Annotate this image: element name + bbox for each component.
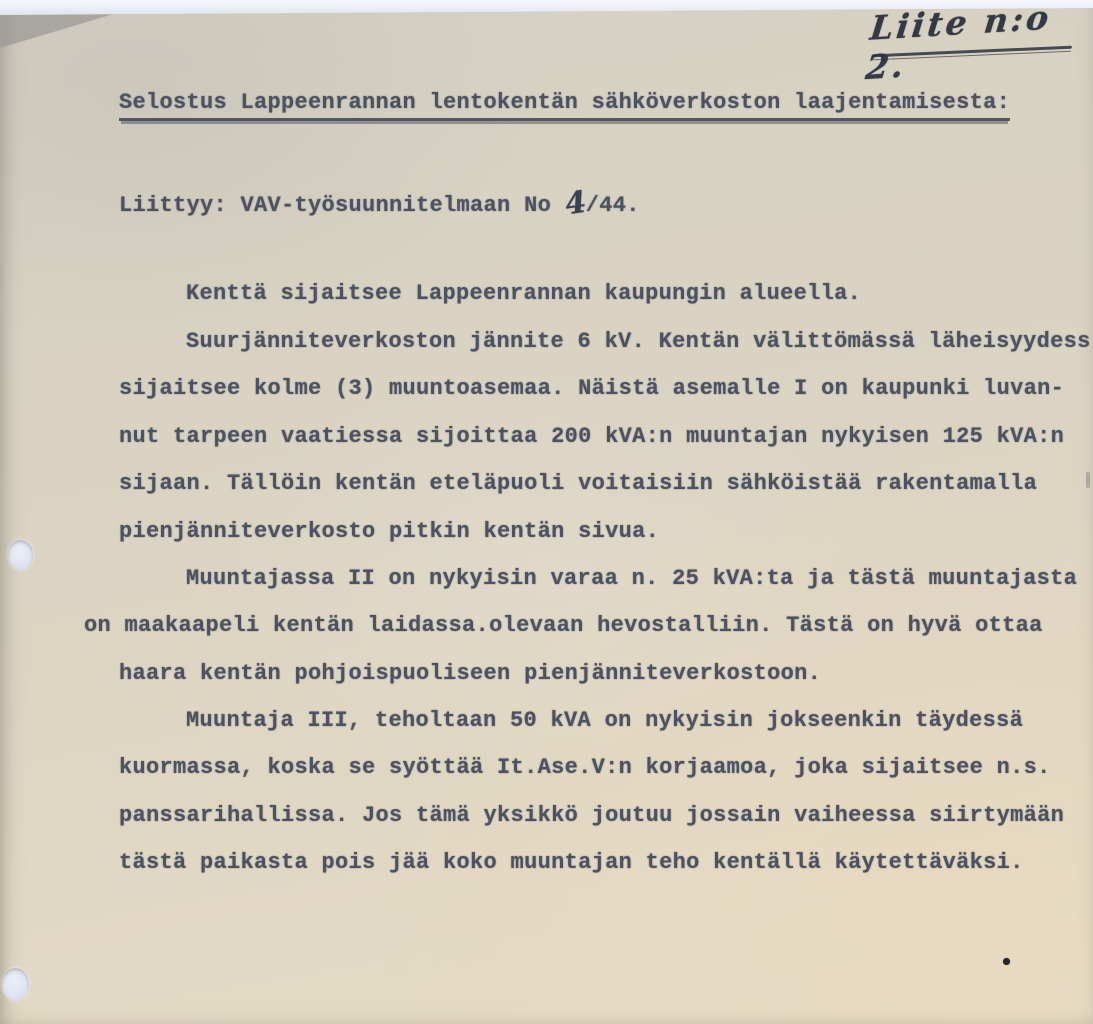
document-line: sijaan. Tällöin kentän eteläpuoli voitai…	[119, 471, 1037, 496]
document-line: tästä paikasta pois jää koko muuntajan t…	[119, 850, 1024, 875]
reference-line: Liittyy: VAV-työsuunnitelmaan No 4/44.	[119, 184, 640, 219]
document-line: Muuntajassa II on nykyisin varaa n. 25 k…	[186, 566, 1077, 591]
document-title-text: Selostus Lappeenrannan lentokentän sähkö…	[119, 90, 1010, 121]
handwritten-plan-number: 4	[563, 185, 589, 223]
document-line: Suurjänniteverkoston jännite 6 kV. Kentä…	[186, 329, 1091, 354]
reference-text-pre: Liittyy: VAV-työsuunnitelmaan No	[119, 193, 565, 218]
document-line: Kenttä sijaitsee Lappeenrannan kaupungin…	[186, 281, 861, 306]
document-line: panssarihallissa. Jos tämä yksikkö joutu…	[119, 803, 1064, 828]
punch-hole-top	[8, 540, 33, 570]
document-line: kuormassa, koska se syöttää It.Ase.V:n k…	[119, 755, 1051, 780]
document-title: Selostus Lappeenrannan lentokentän sähkö…	[119, 90, 1010, 121]
document-line: nut tarpeen vaatiessa sijoittaa 200 kVA:…	[119, 424, 1064, 449]
document-line: pienjänniteverkosto pitkin kentän sivua.	[119, 519, 659, 544]
document-line: Muuntaja III, teholtaan 50 kVA on nykyis…	[186, 708, 1023, 733]
ink-speck	[1003, 958, 1010, 965]
document-line: on maakaapeli kentän laidassa.olevaan he…	[84, 613, 1043, 638]
document-line: haara kentän pohjoispuoliseen pienjännit…	[119, 661, 821, 686]
document-line: sijaitsee kolme (3) muuntoasemaa. Näistä…	[119, 376, 1064, 401]
punch-hole-bottom	[2, 968, 29, 1001]
edge-stray-mark	[1086, 472, 1090, 488]
handwritten-annotation: Liite n:o 2.	[864, 0, 1093, 87]
reference-text-post: /44.	[586, 193, 640, 218]
